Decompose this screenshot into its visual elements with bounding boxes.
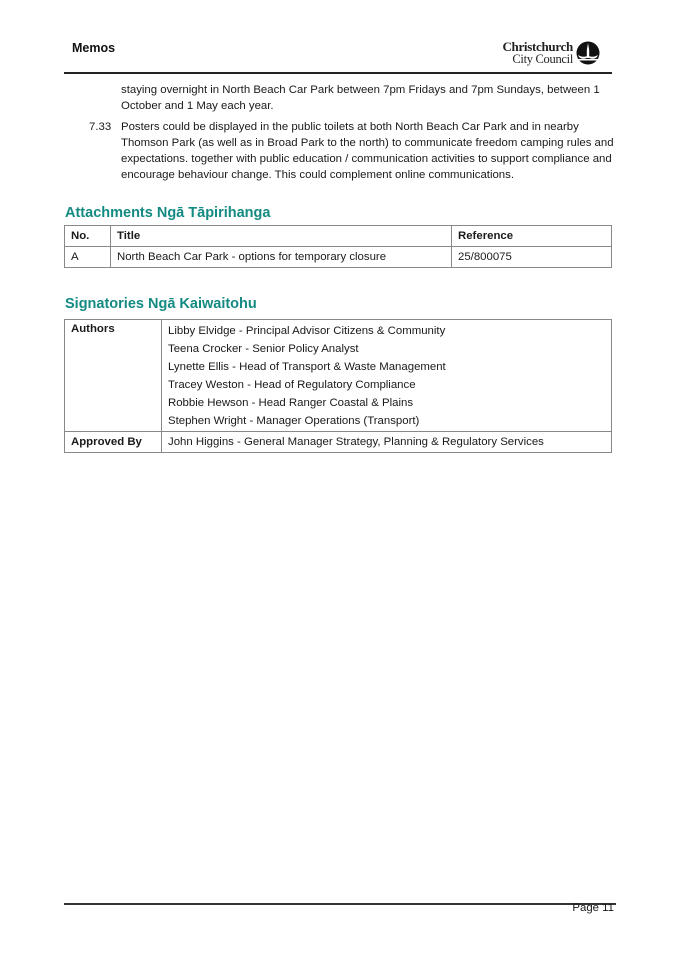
author-entry: Lynette Ellis - Head of Transport & Wast… — [168, 358, 605, 376]
paragraph-7-33: Posters could be displayed in the public… — [121, 119, 616, 183]
paragraph-number: 7.33 — [89, 119, 111, 135]
table-row: A North Beach Car Park - options for tem… — [65, 247, 612, 268]
approved-label: Approved By — [65, 432, 162, 453]
footer-divider — [64, 903, 616, 905]
author-entry: Libby Elvidge - Principal Advisor Citize… — [168, 322, 605, 340]
cathedral-logo-icon — [576, 41, 600, 65]
council-logo: Christchurch City Council — [497, 39, 602, 69]
column-header-no: No. — [65, 226, 111, 247]
approved-row: Approved By John Higgins - General Manag… — [65, 432, 612, 453]
attachment-title[interactable]: North Beach Car Park - options for tempo… — [111, 247, 452, 268]
column-header-title: Title — [111, 226, 452, 247]
attachments-header-row: No. Title Reference — [65, 226, 612, 247]
paragraph-continuation: staying overnight in North Beach Car Par… — [121, 82, 616, 114]
author-entry: Tracey Weston - Head of Regulatory Compl… — [168, 376, 605, 394]
header-title: Memos — [72, 41, 115, 55]
header-divider — [64, 72, 612, 74]
column-header-reference: Reference — [452, 226, 612, 247]
authors-label: Authors — [65, 320, 162, 432]
authors-row: Authors Libby Elvidge - Principal Adviso… — [65, 320, 612, 432]
page-number: Page 11 — [572, 902, 614, 914]
attachment-no: A — [65, 247, 111, 268]
signatories-heading: Signatories Ngā Kaiwaitohu — [65, 296, 257, 312]
attachment-reference: 25/800075 — [452, 247, 612, 268]
signatories-table: Authors Libby Elvidge - Principal Adviso… — [64, 319, 612, 453]
author-entry: Teena Crocker - Senior Policy Analyst — [168, 340, 605, 358]
authors-list: Libby Elvidge - Principal Advisor Citize… — [162, 320, 612, 432]
author-entry: Robbie Hewson - Head Ranger Coastal & Pl… — [168, 394, 605, 412]
approved-by: John Higgins - General Manager Strategy,… — [162, 432, 612, 453]
attachments-table: No. Title Reference A North Beach Car Pa… — [64, 225, 612, 268]
author-entry: Stephen Wright - Manager Operations (Tra… — [168, 412, 605, 430]
logo-text-line2: City Council — [512, 52, 573, 67]
attachments-heading: Attachments Ngā Tāpirihanga — [65, 205, 270, 221]
